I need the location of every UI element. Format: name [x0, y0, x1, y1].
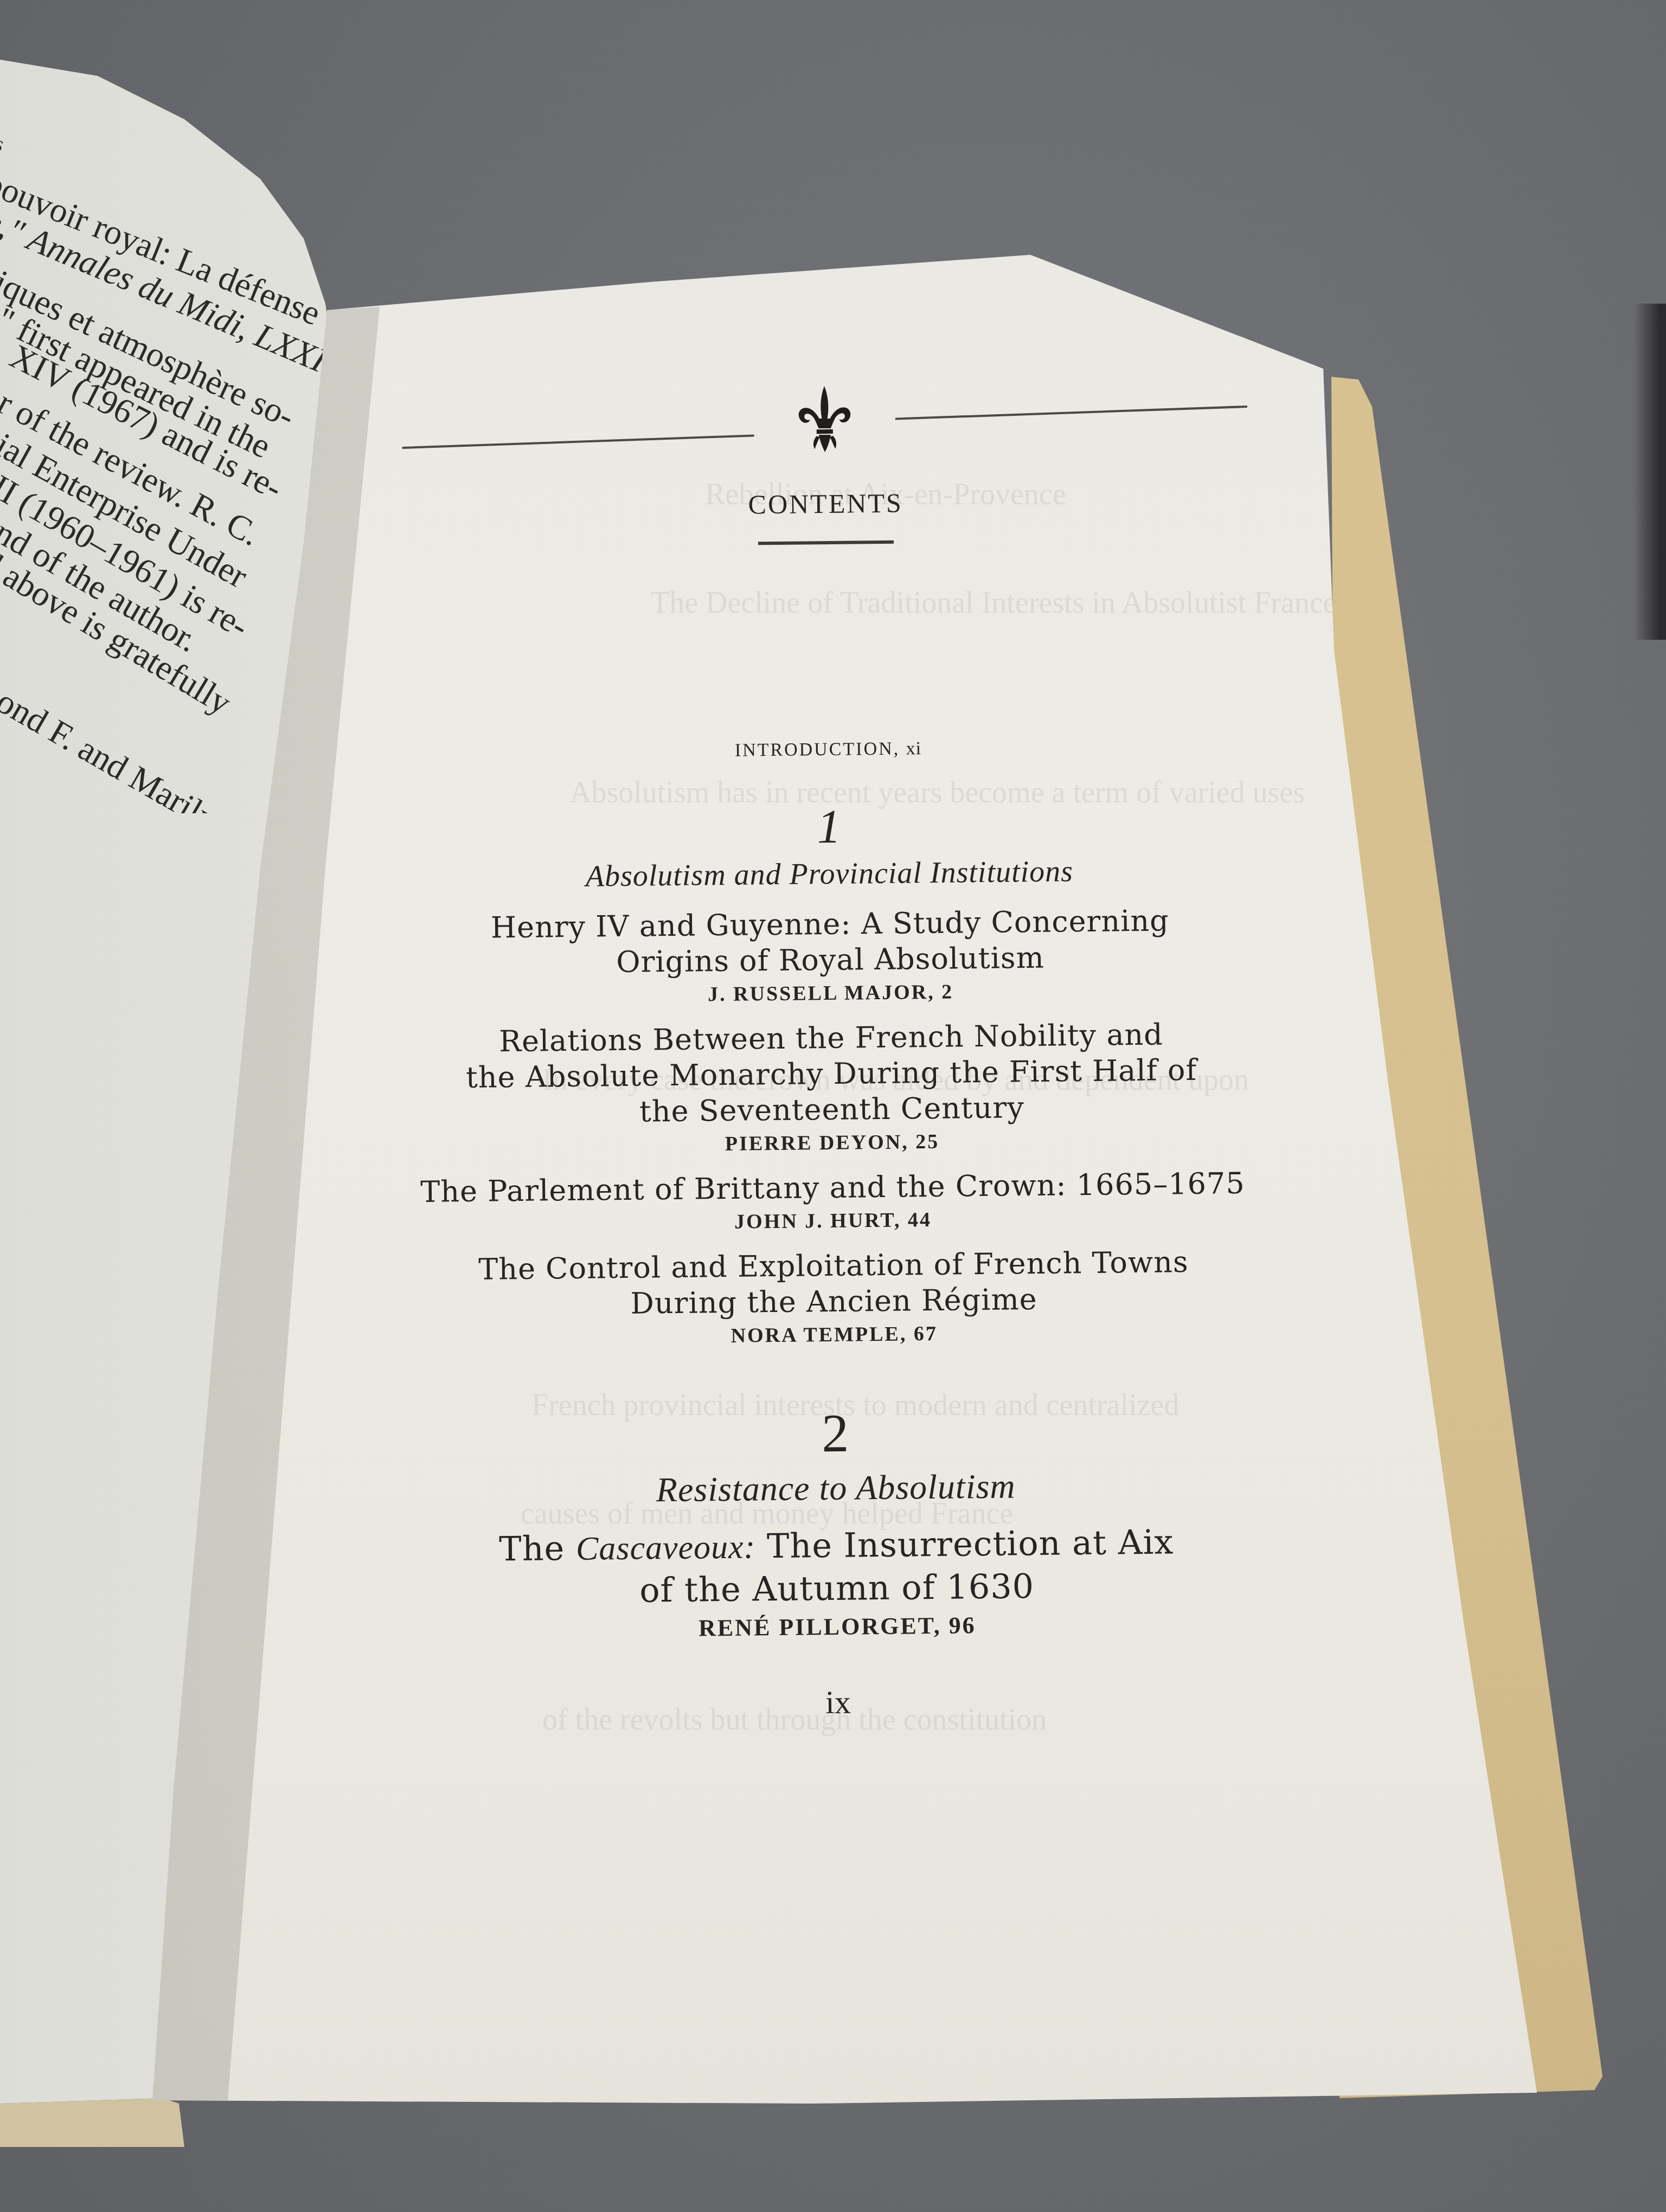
- page-title: CONTENTS: [402, 484, 1249, 524]
- entry-author: RENÉ PILLORGET, 96: [414, 1609, 1260, 1645]
- entry-title: Relations Between the French Nobility an…: [408, 1016, 1255, 1132]
- shadow-edge: [1633, 304, 1666, 640]
- title-prefix: The: [499, 1528, 576, 1568]
- toc-entry-introduction[interactable]: INTRODUCTION, xi: [405, 735, 1251, 764]
- entry-title: The Cascaveoux: The Insurrection at Aix …: [413, 1520, 1260, 1614]
- toc-entry[interactable]: Henry IV and Guyenne: A Study Concerning…: [407, 902, 1254, 1009]
- page-number: 67: [914, 1322, 938, 1345]
- toc-entry[interactable]: Relations Between the French Nobility an…: [408, 1016, 1255, 1159]
- entry-title: The Parlement of Brittany and the Crown:…: [409, 1166, 1256, 1210]
- title-underline: [758, 541, 894, 545]
- toc-entry[interactable]: The Control and Exploitation of French T…: [411, 1244, 1258, 1351]
- page-number: 25: [915, 1130, 939, 1153]
- author-name: RENÉ PILLORGET: [699, 1612, 934, 1642]
- fleur-de-lis-icon: [794, 384, 855, 455]
- entry-author: JOHN J. HURT, 44: [410, 1205, 1256, 1237]
- entry-title-line: of the Autumn of 1630: [414, 1563, 1260, 1614]
- table-of-contents: CONTENTS INTRODUCTION, xi 1 Absolutism a…: [401, 386, 1261, 1726]
- entry-author: J. RUSSELL MAJOR, 2: [407, 977, 1253, 1009]
- page-number: 44: [908, 1208, 932, 1231]
- entry-title: The Control and Exploitation of French T…: [411, 1244, 1257, 1324]
- entry-author: NORA TEMPLE, 67: [411, 1319, 1257, 1351]
- toc-entry[interactable]: The Parlement of Brittany and the Crown:…: [409, 1166, 1256, 1237]
- intro-label: INTRODUCTION,: [735, 739, 900, 761]
- author-name: J. RUSSELL MAJOR: [708, 981, 928, 1006]
- entry-title-line: The Parlement of Brittany and the Crown:…: [409, 1166, 1256, 1210]
- page-number: 96: [949, 1612, 976, 1639]
- page-number: 2: [941, 981, 953, 1004]
- ornament-divider: [401, 386, 1248, 460]
- rule-right: [895, 406, 1247, 420]
- entry-title: Henry IV and Guyenne: A Study Concerning…: [407, 902, 1253, 982]
- intro-page: xi: [906, 738, 921, 758]
- part-title: Absolutism and Provincial Institutions: [406, 852, 1253, 896]
- title-rest: The Insurrection at Aix: [755, 1522, 1174, 1566]
- part-number: 1: [406, 799, 1252, 856]
- author-name: JOHN J. HURT: [734, 1209, 894, 1233]
- toc-entry[interactable]: The Cascaveoux: The Insurrection at Aix …: [413, 1520, 1260, 1645]
- author-name: NORA TEMPLE: [731, 1323, 900, 1347]
- title-italic: Cascaveoux:: [576, 1528, 756, 1567]
- left-line: s: [0, 130, 8, 157]
- entry-author: PIERRE DEYON, 25: [409, 1127, 1255, 1159]
- rule-left: [402, 434, 754, 449]
- part-number: 2: [412, 1402, 1259, 1465]
- author-name: PIERRE DEYON: [725, 1131, 902, 1155]
- part-title: Resistance to Absolutism: [413, 1464, 1259, 1513]
- entry-title-line: The Cascaveoux: The Insurrection at Aix: [413, 1520, 1260, 1572]
